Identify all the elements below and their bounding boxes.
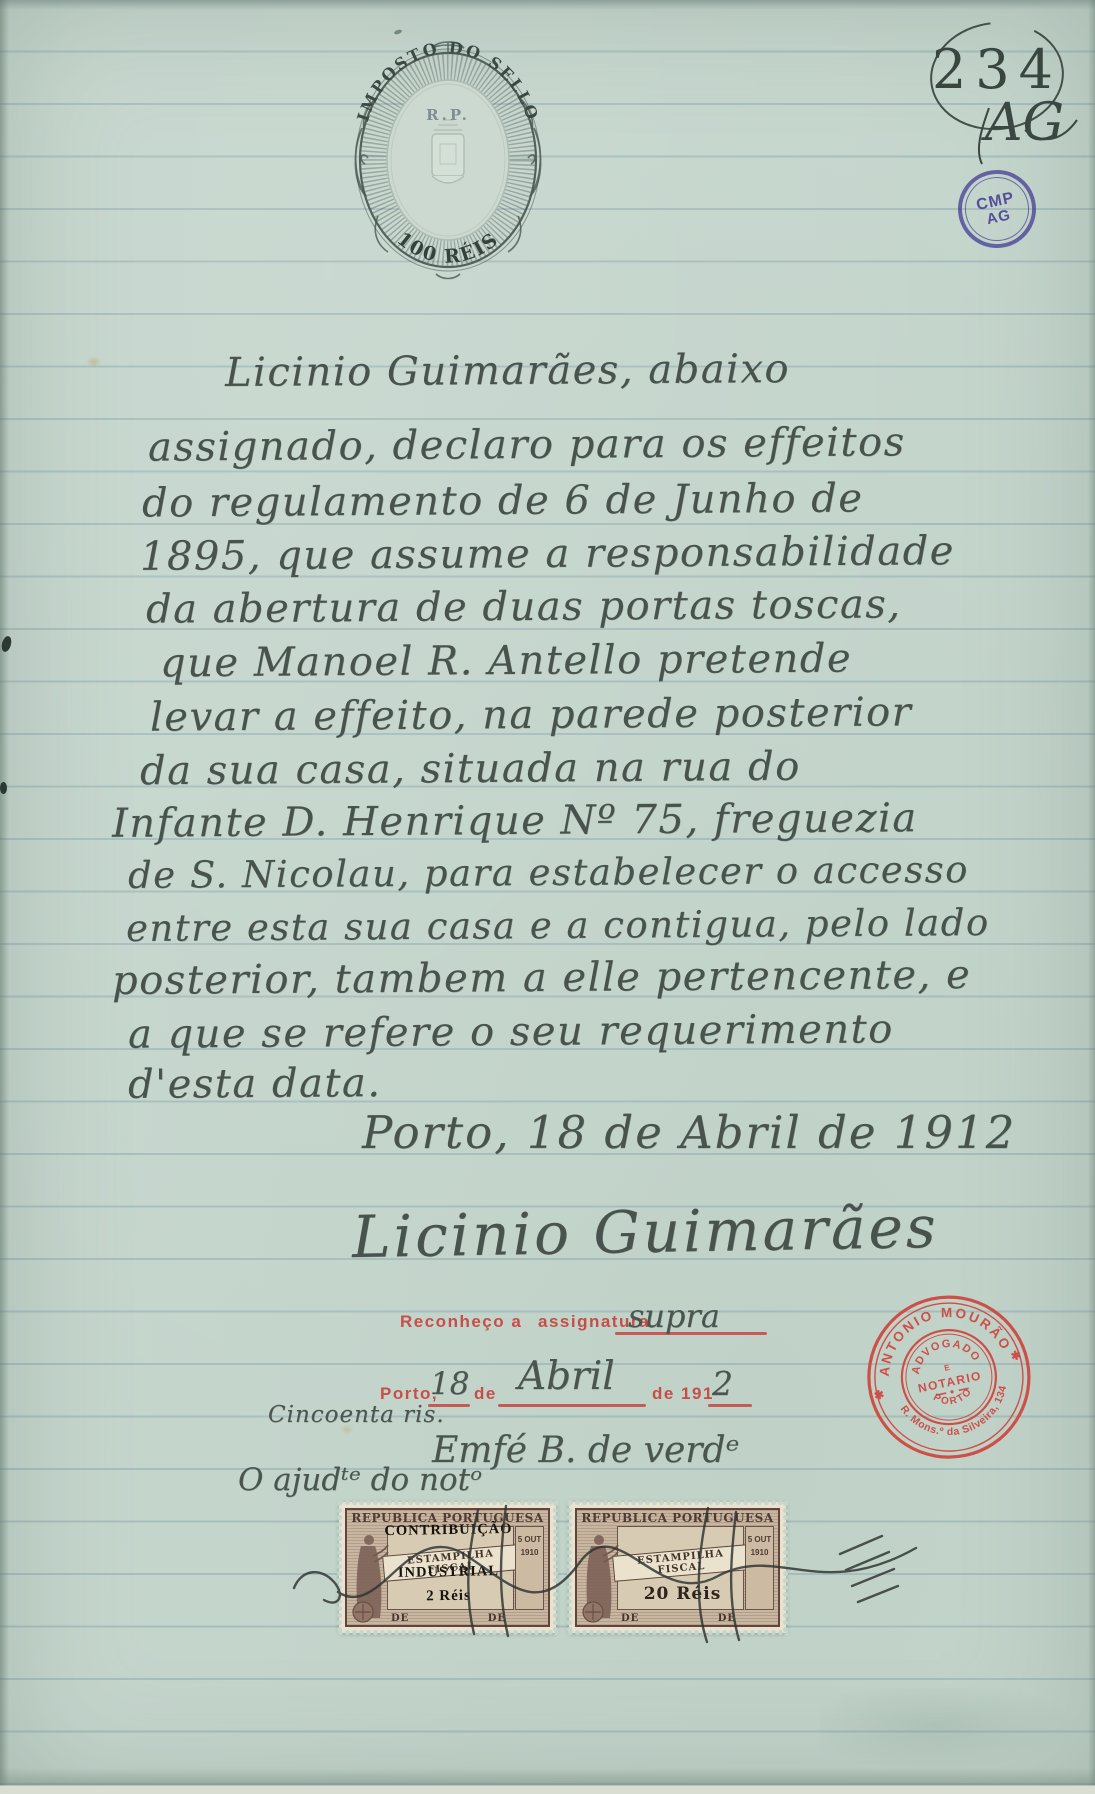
- date-stamp-de1: de: [474, 1384, 497, 1404]
- declaration-line: entre esta sua casa e a contigua, pelo l…: [126, 901, 990, 950]
- declaration-line: de S. Nicolau, para estabelecer o access…: [128, 848, 969, 897]
- binding-hole: [0, 782, 7, 794]
- seal-star-left: ✱: [873, 1387, 886, 1403]
- document-page: IMPOSTO DO SELLO 100 RÉIS R.P. 234 AG CM…: [0, 0, 1095, 1794]
- corner-number: 234: [932, 38, 1062, 101]
- declaration-line: assignado, declaro para os effeitos: [148, 419, 906, 470]
- overprint-value: 2 Réis: [365, 1587, 532, 1607]
- recognition-stamp-text-1: Reconheço a: [400, 1312, 522, 1332]
- paper-edge-left: [0, 0, 9, 1794]
- date-stamp-month-blank: [498, 1404, 646, 1407]
- perforation-edge: [336, 1500, 343, 1635]
- fiscal-stamp-contribuicao-industrial: REPUBLICA PORTUGUESA ESTAMPILHA FISCAL 5…: [339, 1502, 556, 1633]
- embossed-coat-of-arms: [432, 120, 464, 183]
- stamp-foot-de-right: DE: [718, 1613, 736, 1624]
- overprint-industrial: INDUSTRIAL: [365, 1563, 532, 1583]
- declaration-line: posterior, tambem a elle pertencente, e: [112, 952, 971, 1004]
- perforation-edge: [567, 1499, 788, 1506]
- handwritten-dateline: Porto, 18 de Abril de 1912: [362, 1106, 1016, 1159]
- stamp-foot-de-left: DE: [391, 1613, 409, 1624]
- paper-smudge: [820, 1688, 1080, 1772]
- fiscal-stamp-20-reis: REPUBLICA PORTUGUESA ESTAMPILHA FISCAL 5…: [569, 1502, 786, 1633]
- handwritten-supra: supra: [628, 1297, 720, 1335]
- declaration-line: 1895, que assume a responsabilidade: [140, 528, 955, 580]
- revenue-stamp-monogram: R.P.: [426, 106, 470, 124]
- stamp-side-date: 5 OUT 1910: [745, 1526, 774, 1610]
- perforation-edge: [337, 1499, 558, 1506]
- declaration-line: da sua casa, situada na rua do: [140, 744, 801, 795]
- seal-conjunction: E: [943, 1363, 951, 1373]
- declaration-line: que Manoel R. Antello pretende: [160, 636, 852, 687]
- declaration-line: Licinio Guimarães, abaixo: [225, 346, 790, 396]
- overprint-contribuicao: CONTRIBUIÇÃO: [365, 1521, 532, 1541]
- stamp-foot-de-left: DE: [621, 1613, 639, 1624]
- perforation-edge: [552, 1500, 559, 1635]
- paper-stain: [86, 356, 102, 368]
- corner-number-group: 234 AG: [925, 12, 1095, 172]
- handwritten-month: Abril: [518, 1354, 615, 1399]
- stamp-engraving: REPUBLICA PORTUGUESA ESTAMPILHA FISCAL 5…: [345, 1508, 550, 1627]
- paper-stain: [340, 1424, 354, 1435]
- declaration-line: levar a effeito, na parede posterior: [150, 689, 913, 740]
- binding-hole: [0, 635, 13, 653]
- cmp-line2: AG: [985, 207, 1012, 227]
- stamp-engraving: REPUBLICA PORTUGUESA ESTAMPILHA FISCAL 5…: [575, 1508, 780, 1627]
- declaration-line: d'esta data.: [128, 1060, 382, 1108]
- perforation-edge: [337, 1629, 558, 1636]
- perforation-edge: [567, 1629, 788, 1636]
- paper-edge-right: [1088, 0, 1095, 1794]
- declaration-line: a que se refere o seu requerimento: [128, 1006, 894, 1057]
- perforation-edge: [782, 1500, 789, 1635]
- seal-star-right: ✱: [1010, 1348, 1023, 1364]
- date-stamp-year-blank: [708, 1404, 752, 1407]
- stamp-value: 20 Réis: [621, 1584, 744, 1604]
- cmp-ag-round-stamp: CMP AG: [951, 163, 1044, 256]
- handwritten-year-digit: 2: [712, 1364, 733, 1403]
- paper-speck: [394, 29, 403, 35]
- cmp-inner-ring: CMP AG: [959, 171, 1035, 247]
- declaration-line: do regulamento de 6 de Junho de: [142, 475, 864, 526]
- perforation-edge: [566, 1500, 573, 1635]
- stamp-foot-de-right: DE: [488, 1613, 506, 1624]
- stamp-header: REPUBLICA PORTUGUESA: [577, 1511, 778, 1525]
- date-stamp-de2: de 191: [652, 1384, 714, 1404]
- handwritten-signature: Licinio Guimarães: [351, 1193, 939, 1271]
- declaration-line: da abertura de duas portas toscas,: [146, 581, 902, 632]
- revenue-stamp-imposto-do-sello: IMPOSTO DO SELLO 100 RÉIS R.P.: [348, 38, 548, 283]
- handwritten-fee-note: Cincoenta ris.: [268, 1402, 445, 1428]
- corner-initials: AG: [981, 93, 1064, 153]
- handwritten-day: 18: [430, 1366, 469, 1402]
- notary-seal: ANTONIO MOURÃO R. Mons.º da Silveira, 13…: [846, 1274, 1054, 1482]
- paper-edge-top: [0, 0, 1095, 10]
- declaration-line: Infante D. Henrique Nº 75, freguezia: [112, 795, 918, 847]
- handwritten-clerk-note: O ajudᵗᵉ do notᵒ: [238, 1462, 482, 1498]
